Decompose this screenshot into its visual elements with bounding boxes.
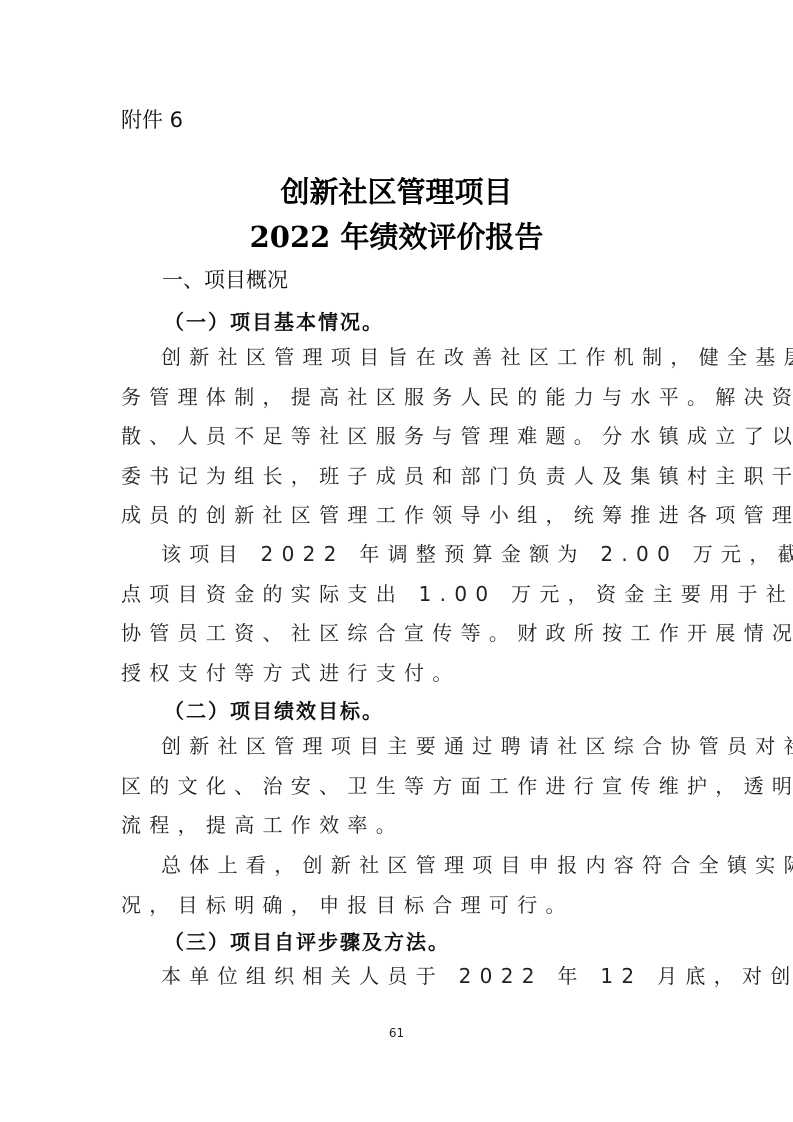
report-title-line2: 2022 年绩效评价报告 xyxy=(0,215,793,256)
paragraph-self-evaluation: 本单位组织相关人员于 2022 年 12 月底，对创新社区管 xyxy=(121,957,673,997)
page-number: 61 xyxy=(0,1026,793,1040)
attachment-label: 附件 6 xyxy=(121,104,183,134)
text-line: 授权支付等方式进行支付。 xyxy=(121,654,673,694)
text-line: 成员的创新社区管理工作领导小组，统筹推进各项管理工作。 xyxy=(121,496,673,536)
text-line: 散、人员不足等社区服务与管理难题。分水镇成立了以镇党 xyxy=(121,417,673,457)
document-page: 附件 6 创新社区管理项目 2022 年绩效评价报告 一、项目概况 （一）项目基… xyxy=(0,0,793,1122)
text-line: 点项目资金的实际支出 1.00 万元，资金主要用于社区综合 xyxy=(121,575,673,615)
text-line: 况，目标明确，申报目标合理可行。 xyxy=(121,886,673,926)
paragraph-summary: 总体上看，创新社区管理项目申报内容符合全镇实际情 况，目标明确，申报目标合理可行… xyxy=(121,846,673,925)
paragraph-budget: 该项目 2022 年调整预算金额为 2.00 万元，截止评价时 点项目资金的实际… xyxy=(121,535,673,693)
text-line: 总体上看，创新社区管理项目申报内容符合全镇实际情 xyxy=(121,846,673,886)
paragraph-basic-info: 创新社区管理项目旨在改善社区工作机制，健全基层服 务管理体制，提高社区服务人民的… xyxy=(121,338,673,536)
text-line: 流程，提高工作效率。 xyxy=(121,806,673,846)
section-heading-overview: 一、项目概况 xyxy=(162,264,288,294)
subsection-heading-performance-goals: （二）项目绩效目标。 xyxy=(164,695,384,724)
paragraph-goals: 创新社区管理项目主要通过聘请社区综合协管员对社 区的文化、治安、卫生等方面工作进… xyxy=(121,727,673,846)
text-line: 该项目 2022 年调整预算金额为 2.00 万元，截止评价时 xyxy=(121,535,673,575)
subsection-heading-basic-info: （一）项目基本情况。 xyxy=(164,306,384,335)
report-title-line1: 创新社区管理项目 xyxy=(0,170,793,211)
text-line: 务管理体制，提高社区服务人民的能力与水平。解决资源分 xyxy=(121,378,673,418)
text-line: 委书记为组长，班子成员和部门负责人及集镇村主职干部为 xyxy=(121,457,673,497)
text-line: 创新社区管理项目主要通过聘请社区综合协管员对社 xyxy=(121,727,673,767)
subsection-heading-self-evaluation: （三）项目自评步骤及方法。 xyxy=(164,926,450,955)
text-line: 本单位组织相关人员于 2022 年 12 月底，对创新社区管 xyxy=(121,957,673,997)
text-line: 创新社区管理项目旨在改善社区工作机制，健全基层服 xyxy=(121,338,673,378)
text-line: 协管员工资、社区综合宣传等。财政所按工作开展情况采取 xyxy=(121,614,673,654)
text-line: 区的文化、治安、卫生等方面工作进行宣传维护，透明办事 xyxy=(121,767,673,807)
